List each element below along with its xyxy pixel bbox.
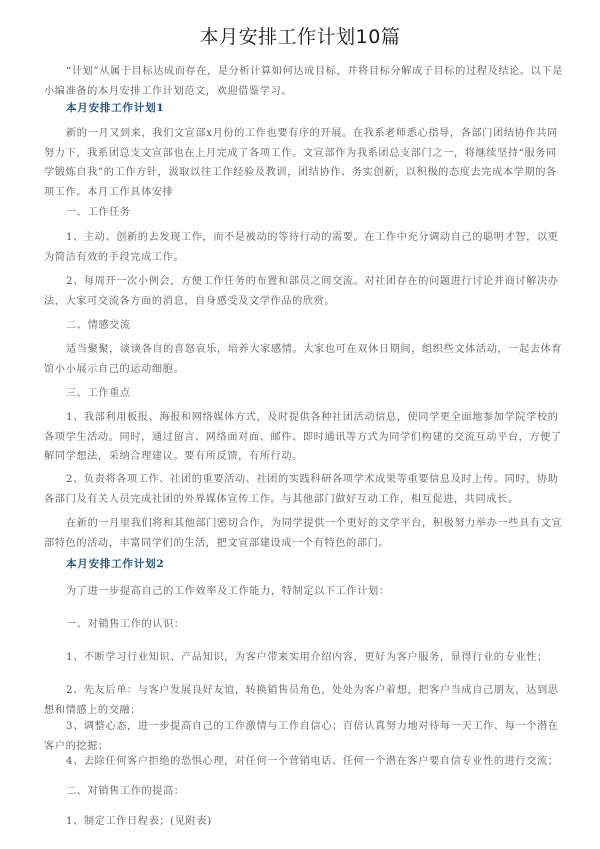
list-item: 1、制定工作日程表；(见附表) xyxy=(66,812,566,832)
list-item: 3、调整心态，进一步提高自己的工作激情与工作自信心；百倍认真努力地对待每一天工作… xyxy=(44,717,564,756)
paragraph: 新的一月又到来，我们文宣部x月份的工作也要有序的开展。在我系老师悉心指导，各部门… xyxy=(44,124,564,202)
section-heading-2: 本月安排工作计划2 xyxy=(66,556,165,571)
document-page: 本月安排工作计划10篇 “计划”从属于目标达成而存在，是分析计算如何达成目标，并… xyxy=(0,0,600,849)
list-item: 2、先友后单：与客户发展良好友谊，转换销售员角色，处处为客户着想，把客户当成自己… xyxy=(44,681,564,720)
list-item: 4、去除任何客户拒绝的恐惧心理，对任何一个营销电话、任何一个潜在客户要自信专业性… xyxy=(44,752,564,772)
subheading: 一、工作任务 xyxy=(66,203,566,223)
list-item: 1、我部利用板报、海报和网络媒体方式，及时提供各种社团活动信息，使同学更全面地参… xyxy=(44,408,564,467)
list-item: 2、每周开一次小例会，方便工作任务的布置和部员之间交流。对社团存在的问题进行讨论… xyxy=(44,272,564,311)
list-item: 1、不断学习行业知识、产品知识，为客户带来实用介绍内容，更好为客户服务，显得行业… xyxy=(44,648,564,668)
subheading: 二、情感交流 xyxy=(66,316,566,336)
list-item: 2、负责将各项工作、社团的重要活动、社团的实践科研各项学术成果等重要信息及时上传… xyxy=(44,470,564,509)
page-title: 本月安排工作计划10篇 xyxy=(0,22,600,49)
subheading: 一、对销售工作的认识： xyxy=(66,615,566,635)
list-item: 1、主动、创新的去发现工作，而不是被动的等待行动的需要。在工作中充分调动自己的聪… xyxy=(44,228,564,267)
paragraph: 为了进一步提高自己的工作效率及工作能力，特制定以下工作计划： xyxy=(44,582,564,602)
subheading: 三、工作重点 xyxy=(66,384,566,404)
intro-paragraph: “计划”从属于目标达成而存在，是分析计算如何达成目标，并将目标分解成子目标的过程… xyxy=(44,62,564,101)
paragraph: 适当聚聚，谈谈各自的喜怒哀乐，培养大家感情。大家也可在双休日期间，组织些文体活动… xyxy=(44,340,564,379)
section-heading-1: 本月安排工作计划1 xyxy=(66,100,165,115)
paragraph: 在新的一月里我们将和其他部门密切合作，为同学提供一个更好的文学平台，积极努力举办… xyxy=(44,514,564,553)
subheading: 二、对销售工作的提高： xyxy=(66,782,566,802)
